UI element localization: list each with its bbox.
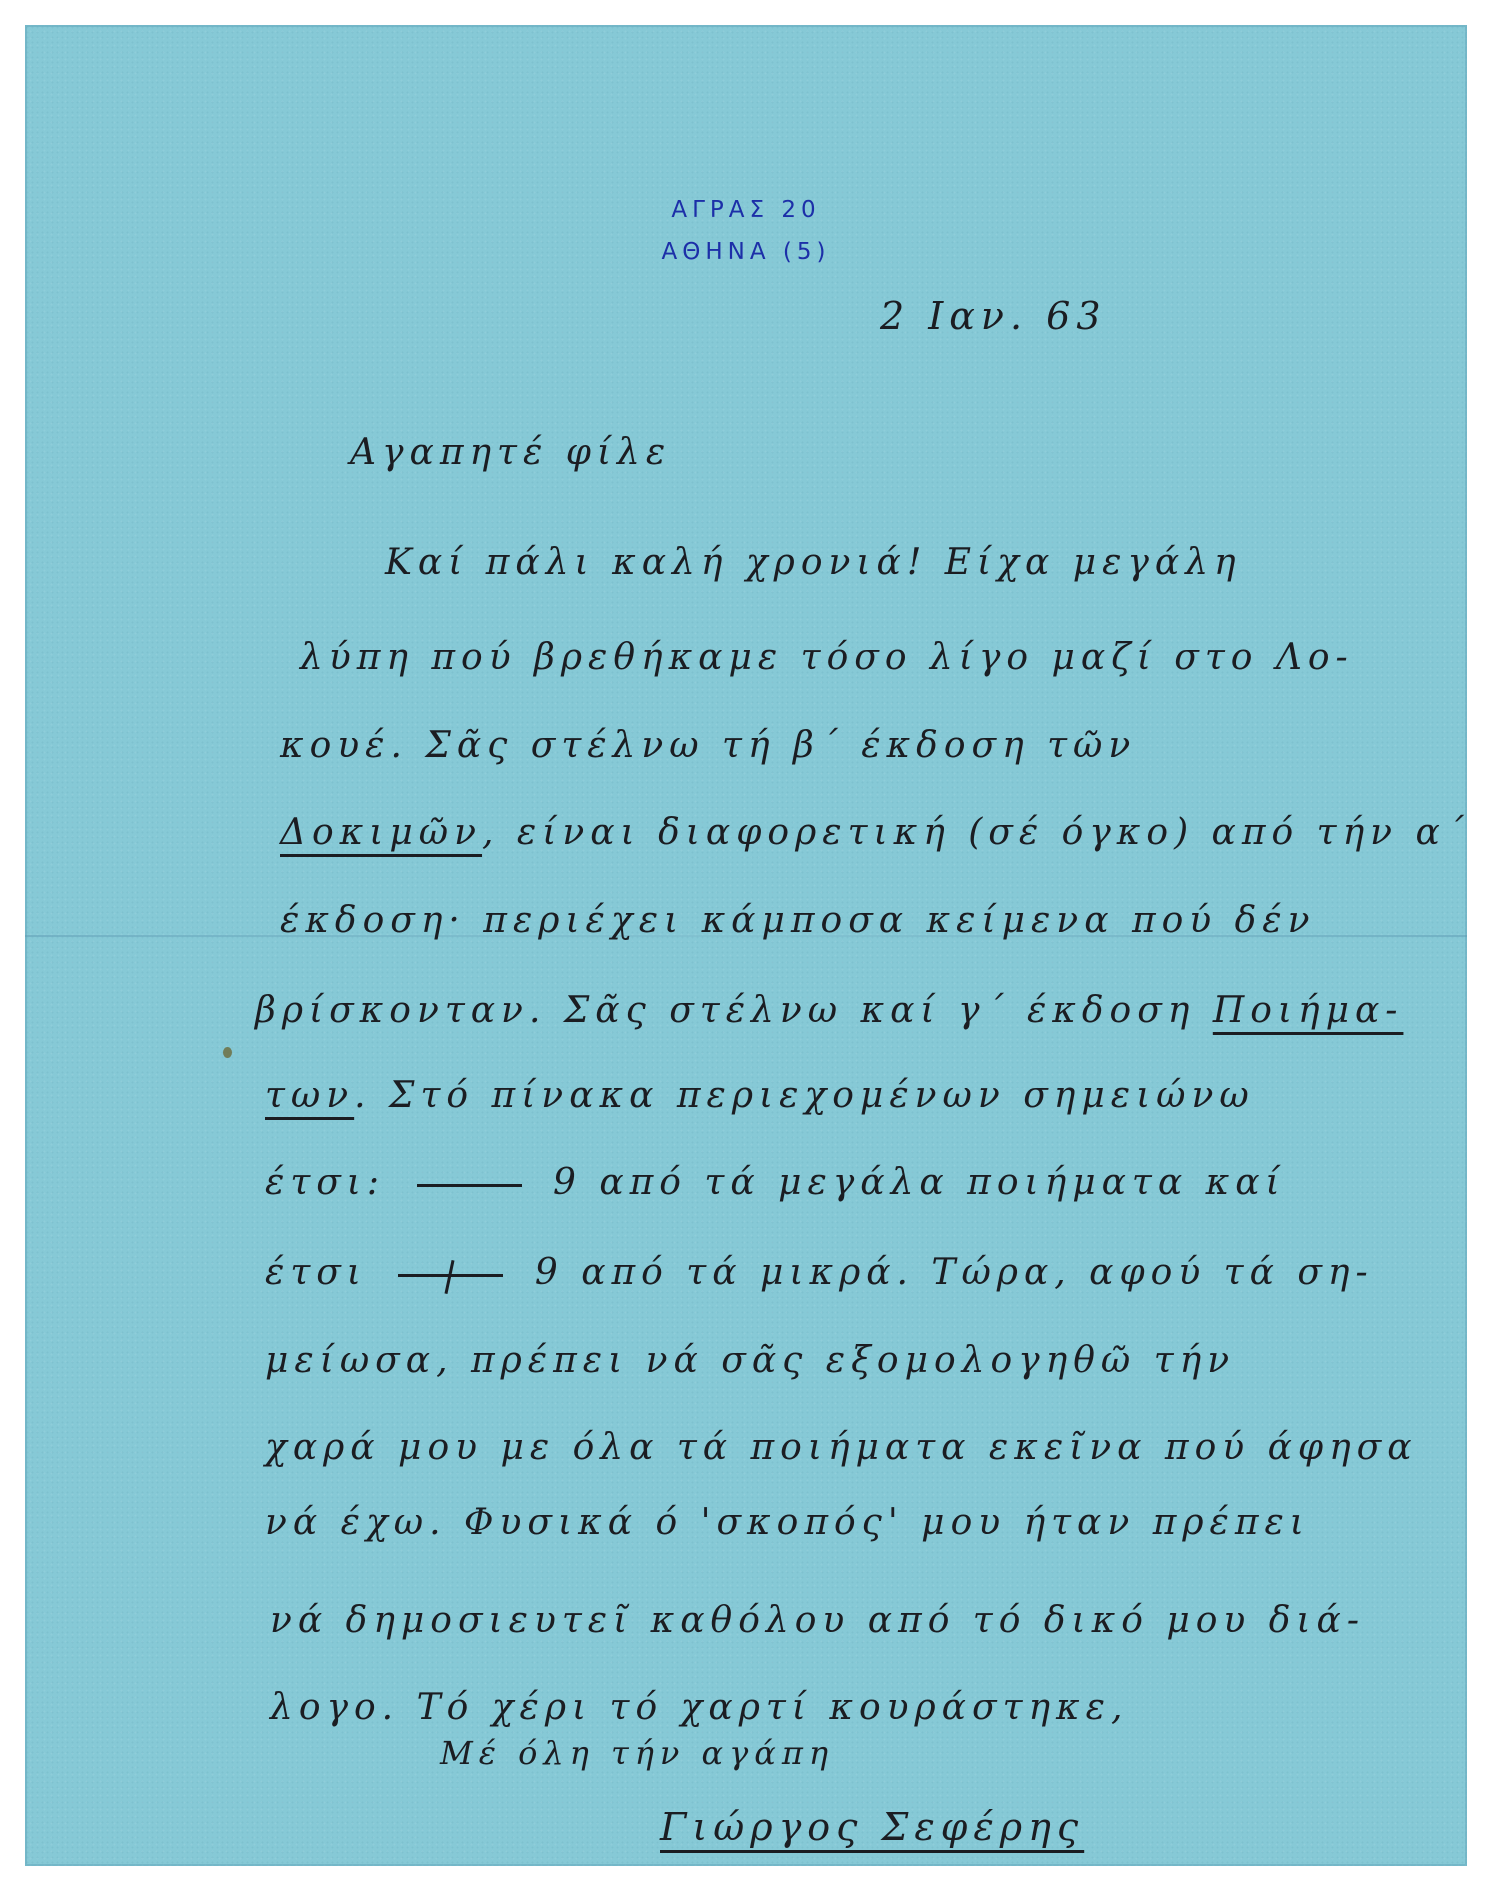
letter-line-5: έκδοση· περιέχει κάμποσα κείμενα πού δέν [280, 903, 1315, 939]
letter-line-11: χαρά μου με όλα τά ποιήματα εκεῖνα πού ά… [265, 1430, 1418, 1466]
letter-line-7: των. Στό πίνακα περιεχομένων σημειώνω [265, 1078, 1255, 1114]
letter-line-2: λύπη πού βρεθήκαμε τόσο λίγο μαζί στο Λο… [300, 640, 1354, 676]
essays-title-underlined: Δοκιμῶν [280, 812, 482, 853]
letter-line-1: Καί πάλι καλή χρονιά! Είχα μεγάλη [385, 545, 1242, 581]
letter-salutation: Αγαπητέ φίλε [350, 435, 671, 471]
letter-line-4: Δοκιμῶν, είναι διαφορετική (σέ όγκο) από… [280, 815, 1470, 851]
letter-line-8-text: 9 από τά μεγάλα ποιήματα καί [553, 1162, 1286, 1203]
letter-line-9-text: 9 από τά μικρά. Τώρα, αφού τά ση- [535, 1252, 1374, 1293]
letter-line-10: μείωσα, πρέπει νά σᾶς εξομολογηθῶ τήν [265, 1343, 1235, 1379]
crossed-dash-mark [398, 1274, 503, 1277]
letter-paper: ΑΓΡΑΣ 20 ΑΘΗΝΑ (5) 2 Ιαν. 63 Αγαπητέ φίλ… [25, 25, 1467, 1866]
letter-line-13: νά δημοσιευτεῖ καθόλου από τό δικό μου δ… [270, 1603, 1365, 1639]
poems-title-cont-underlined: των [265, 1075, 354, 1116]
letter-line-9: έτσι 9 από τά μικρά. Τώρα, αφού τά ση- [265, 1255, 1374, 1291]
letter-line-4-text: , είναι διαφορετική (σέ όγκο) από τήν α΄ [482, 812, 1470, 853]
letter-line-9-lead: έτσι [265, 1252, 367, 1293]
poems-title-underlined: Ποιήμα- [1213, 990, 1404, 1031]
long-dash-mark [417, 1184, 522, 1187]
letter-date: 2 Ιαν. 63 [880, 297, 1107, 335]
letterhead-city: ΑΘΗΝΑ (5) [25, 239, 1467, 265]
letter-line-3: κουέ. Σᾶς στέλνω τή β΄ έκδοση τῶν [280, 728, 1136, 764]
letter-line-8-lead: έτσι: [265, 1162, 385, 1203]
letter-line-14: λογο. Τό χέρι τό χαρτί κουράστηκε, [270, 1690, 1128, 1726]
letter-signature: Γιώργος Σεφέρης [660, 1808, 1084, 1846]
letterhead-street: ΑΓΡΑΣ 20 [25, 197, 1467, 223]
letter-closing: Μέ όλη τήν αγάπη [440, 1737, 834, 1769]
letter-line-6-text: βρίσκονταν. Σᾶς στέλνω καί γ΄ έκδοση [255, 990, 1195, 1031]
letter-line-12: νά έχω. Φυσικά ό 'σκοπός' μου ήταν πρέπε… [265, 1505, 1310, 1541]
ink-spot [223, 1047, 232, 1058]
letter-line-7-text: . Στό πίνακα περιεχομένων σημειώνω [354, 1075, 1255, 1116]
letter-line-8: έτσι: 9 από τά μεγάλα ποιήματα καί [265, 1165, 1286, 1201]
letter-line-6: βρίσκονταν. Σᾶς στέλνω καί γ΄ έκδοση Ποι… [255, 993, 1403, 1029]
